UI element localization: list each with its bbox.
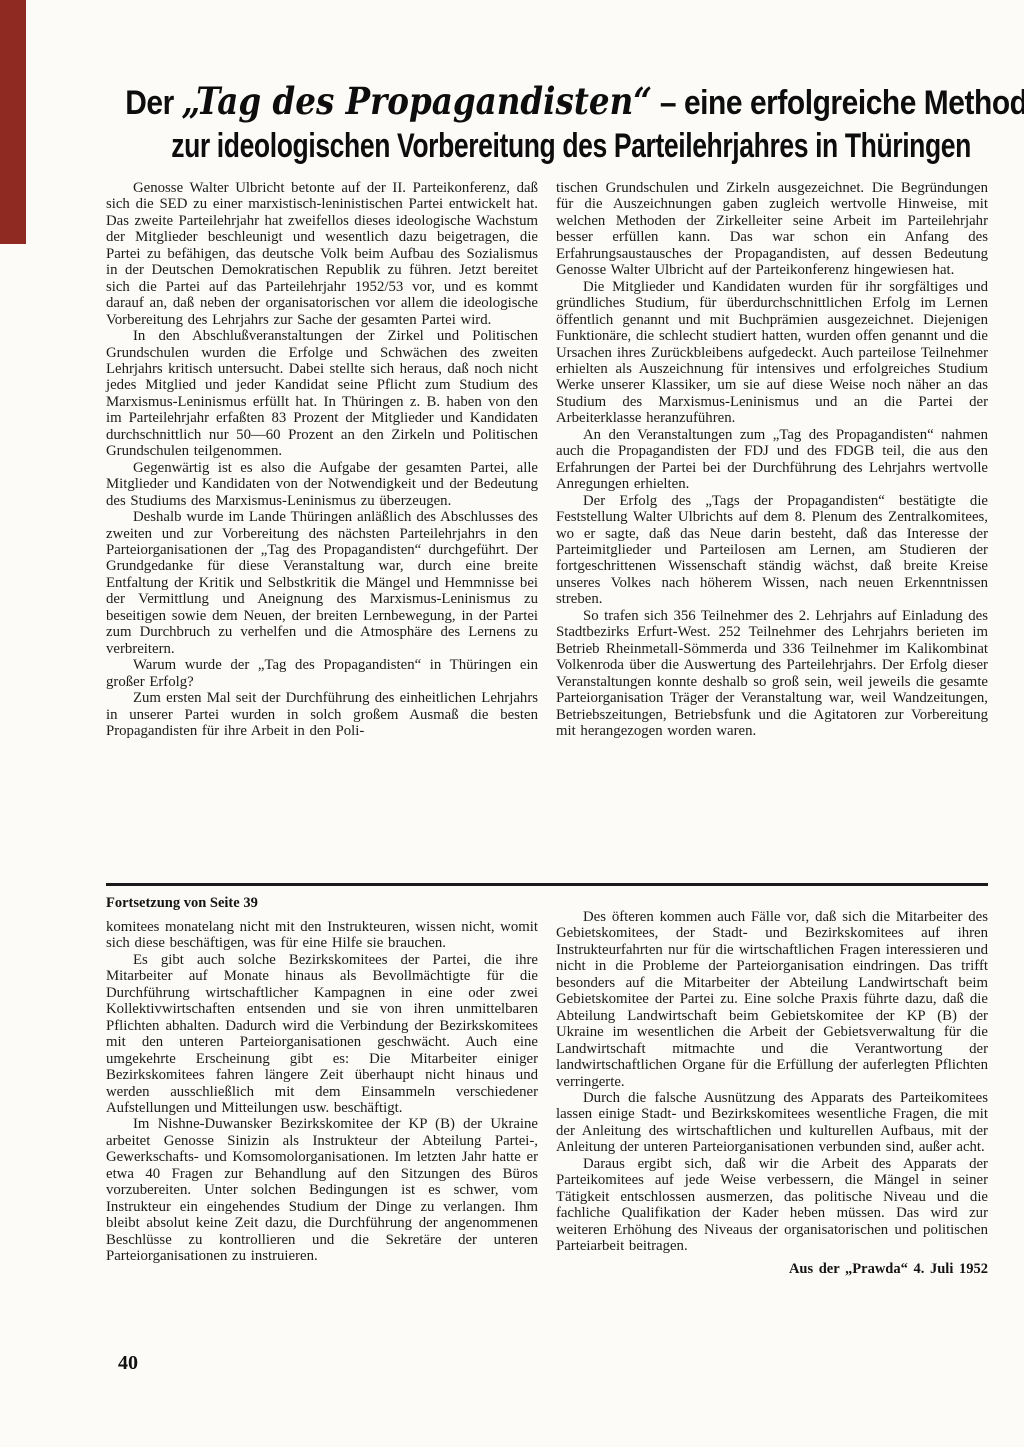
source-attribution: Aus der „Prawda“ 4. Juli 1952 [556, 1261, 988, 1278]
title-script-phrase: „Tag des Propagandisten“ [182, 79, 652, 123]
section-divider-rule [106, 883, 988, 886]
continuation-right-paragraphs: Des öfteren kommen auch Fälle vor, daß s… [556, 909, 988, 1255]
document-page: Der „Tag des Propagandisten“ – eine erfo… [0, 0, 1024, 1447]
paragraph: Genosse Walter Ulbricht betonte auf der … [106, 180, 538, 328]
column-right: tischen Grundschulen und Zirkeln ausgeze… [556, 180, 988, 739]
paragraph: Deshalb wurde im Lande Thüringen anläßli… [106, 509, 538, 657]
page-number: 40 [118, 1352, 138, 1375]
paragraph: Des öfteren kommen auch Fälle vor, daß s… [556, 909, 988, 1090]
paragraph: Die Mitglieder und Kandidaten wurden für… [556, 279, 988, 427]
continuation-left-paragraphs: komitees monatelang nicht mit den Instru… [106, 919, 538, 1265]
paragraph: tischen Grundschulen und Zirkeln ausgeze… [556, 180, 988, 279]
paragraph: komitees monatelang nicht mit den Instru… [106, 919, 538, 952]
paragraph: Zum ersten Mal seit der Durchführung des… [106, 690, 538, 739]
paragraph: In den Abschlußveranstaltungen der Zirke… [106, 328, 538, 460]
paragraph: So trafen sich 356 Teilnehmer des 2. Leh… [556, 608, 988, 740]
continuation-column-right: Des öfteren kommen auch Fälle vor, daß s… [556, 893, 988, 1278]
continuation-column-left: Fortsetzung von Seite 39 komitees monate… [106, 893, 538, 1278]
paragraph: Es gibt auch solche Bezirkskomitees der … [106, 952, 538, 1117]
paragraph: An den Veranstaltungen zum „Tag des Prop… [556, 427, 988, 493]
article-body: Genosse Walter Ulbricht betonte auf der … [106, 180, 988, 739]
title-line1-prefix: Der [125, 84, 181, 122]
paragraph: Der Erfolg des „Tags der Propagandisten“… [556, 493, 988, 608]
continuation-label: Fortsetzung von Seite 39 [106, 893, 538, 913]
paragraph: Warum wurde der „Tag des Propagandisten“… [106, 657, 538, 690]
paragraph: Daraus ergibt sich, daß wir die Arbeit d… [556, 1156, 988, 1255]
title-line-2: zur ideologischen Vorbereitung des Parte… [171, 125, 889, 168]
article-title: Der „Tag des Propagandisten“ – eine erfo… [70, 80, 990, 168]
title-line-1: Der „Tag des Propagandisten“ – eine erfo… [125, 80, 935, 125]
paragraph: Durch die falsche Ausnützung des Apparat… [556, 1090, 988, 1156]
column-left: Genosse Walter Ulbricht betonte auf der … [106, 180, 538, 739]
title-line1-suffix: – eine erfolgreiche Methode [652, 84, 1024, 122]
continuation-section: Fortsetzung von Seite 39 komitees monate… [106, 893, 988, 1278]
spine-edge-marker [0, 0, 26, 244]
paragraph: Gegenwärtig ist es also die Aufgabe der … [106, 460, 538, 509]
paragraph: Im Nishne-Duwansker Bezirkskomitee der K… [106, 1116, 538, 1264]
